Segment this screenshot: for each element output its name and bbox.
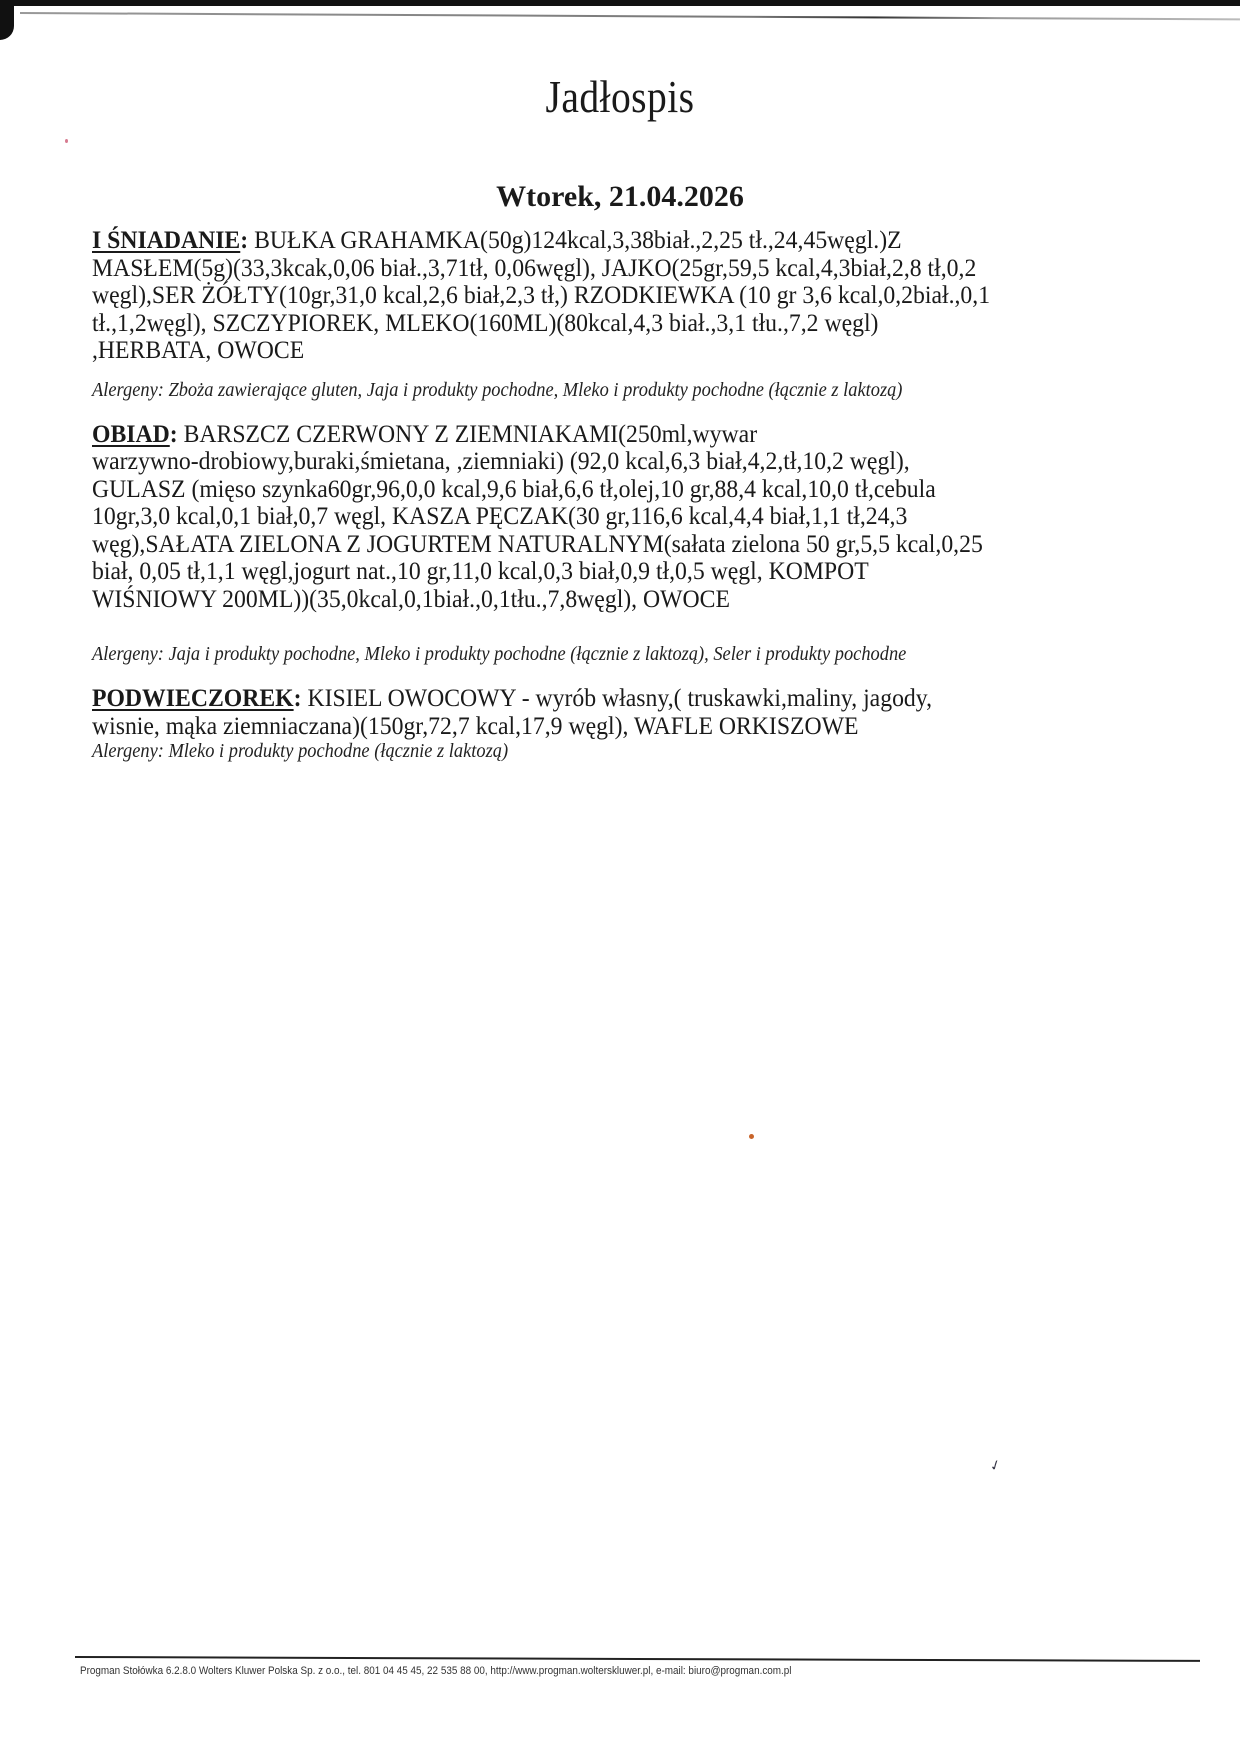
footer-text: Progman Stołówka 6.2.8.0 Wolters Kluwer … [80,1665,1124,1677]
meal-line: 10gr,3,0 kcal,0,1 biał,0,7 węgl, KASZA P… [92,501,907,530]
meal-line: GULASZ (mięso szynka60gr,96,0,0 kcal,9,6… [92,474,936,503]
date-heading: Wtorek, 21.04.2026 [0,180,1240,214]
meal-line: wisnie, mąka ziemniaczana)(150gr,72,7 kc… [92,711,859,740]
meal-label: PODWIECZOREK [92,683,294,712]
scan-edge-shadow [0,0,1240,6]
meal-line: tł.,1,2węgl), SZCZYPIOREK, MLEKO(160ML)(… [92,308,878,337]
meal-line: węgl),SER ŻÓŁTY(10gr,31,0 kcal,2,6 biał,… [92,280,990,309]
meal-label: OBIAD [92,419,170,448]
meal-breakfast: I ŚNIADANIE: BUŁKA GRAHAMKA(50g)124kcal,… [92,226,1208,364]
meal-line: biał, 0,05 tł,1,1 węgl,jogurt nat.,10 gr… [92,556,869,585]
meal-line: KISIEL OWOCOWY - wyrób własny,( truskawk… [307,683,932,712]
scan-corner-shadow [0,0,14,40]
scan-speck [65,139,68,143]
meal-line: WIŚNIOWY 200ML))(35,0kcal,0,1biał.,0,1tł… [92,584,730,613]
meal-line: ,HERBATA, OWOCE [92,335,304,364]
top-rule [20,12,1240,20]
meal-line: węg),SAŁATA ZIELONA Z JOGURTEM NATURALNY… [92,529,983,558]
pen-mark: ✓ [987,1457,1004,1477]
meal-line: MASŁEM(5g)(33,3kcak,0,06 biał.,3,71tł, 0… [92,253,976,282]
scan-speck [749,1134,754,1139]
allergens-afternoon-snack: Alergeny: Mleko i produkty pochodne (łąc… [92,739,1240,763]
meal-label: I ŚNIADANIE [92,225,240,254]
allergens-breakfast: Alergeny: Zboża zawierające gluten, Jaja… [92,378,1240,402]
menu-content: I ŚNIADANIE: BUŁKA GRAHAMKA(50g)124kcal,… [92,226,1212,763]
document-title: Jadłospis [87,70,1153,123]
meal-line: warzywno-drobiowy,buraki,śmietana, ,ziem… [92,446,910,475]
meal-lunch: OBIAD: BARSZCZ CZERWONY Z ZIEMNIAKAMI(25… [92,420,1208,613]
meal-line: BARSZCZ CZERWONY Z ZIEMNIAKAMI(250ml,wyw… [184,419,758,448]
meal-afternoon-snack: PODWIECZOREK: KISIEL OWOCOWY - wyrób wła… [92,684,1208,739]
meal-line: BUŁKA GRAHAMKA(50g)124kcal,3,38biał.,2,2… [254,225,901,254]
footer-rule [75,1656,1200,1662]
allergens-lunch: Alergeny: Jaja i produkty pochodne, Mlek… [92,642,1240,666]
